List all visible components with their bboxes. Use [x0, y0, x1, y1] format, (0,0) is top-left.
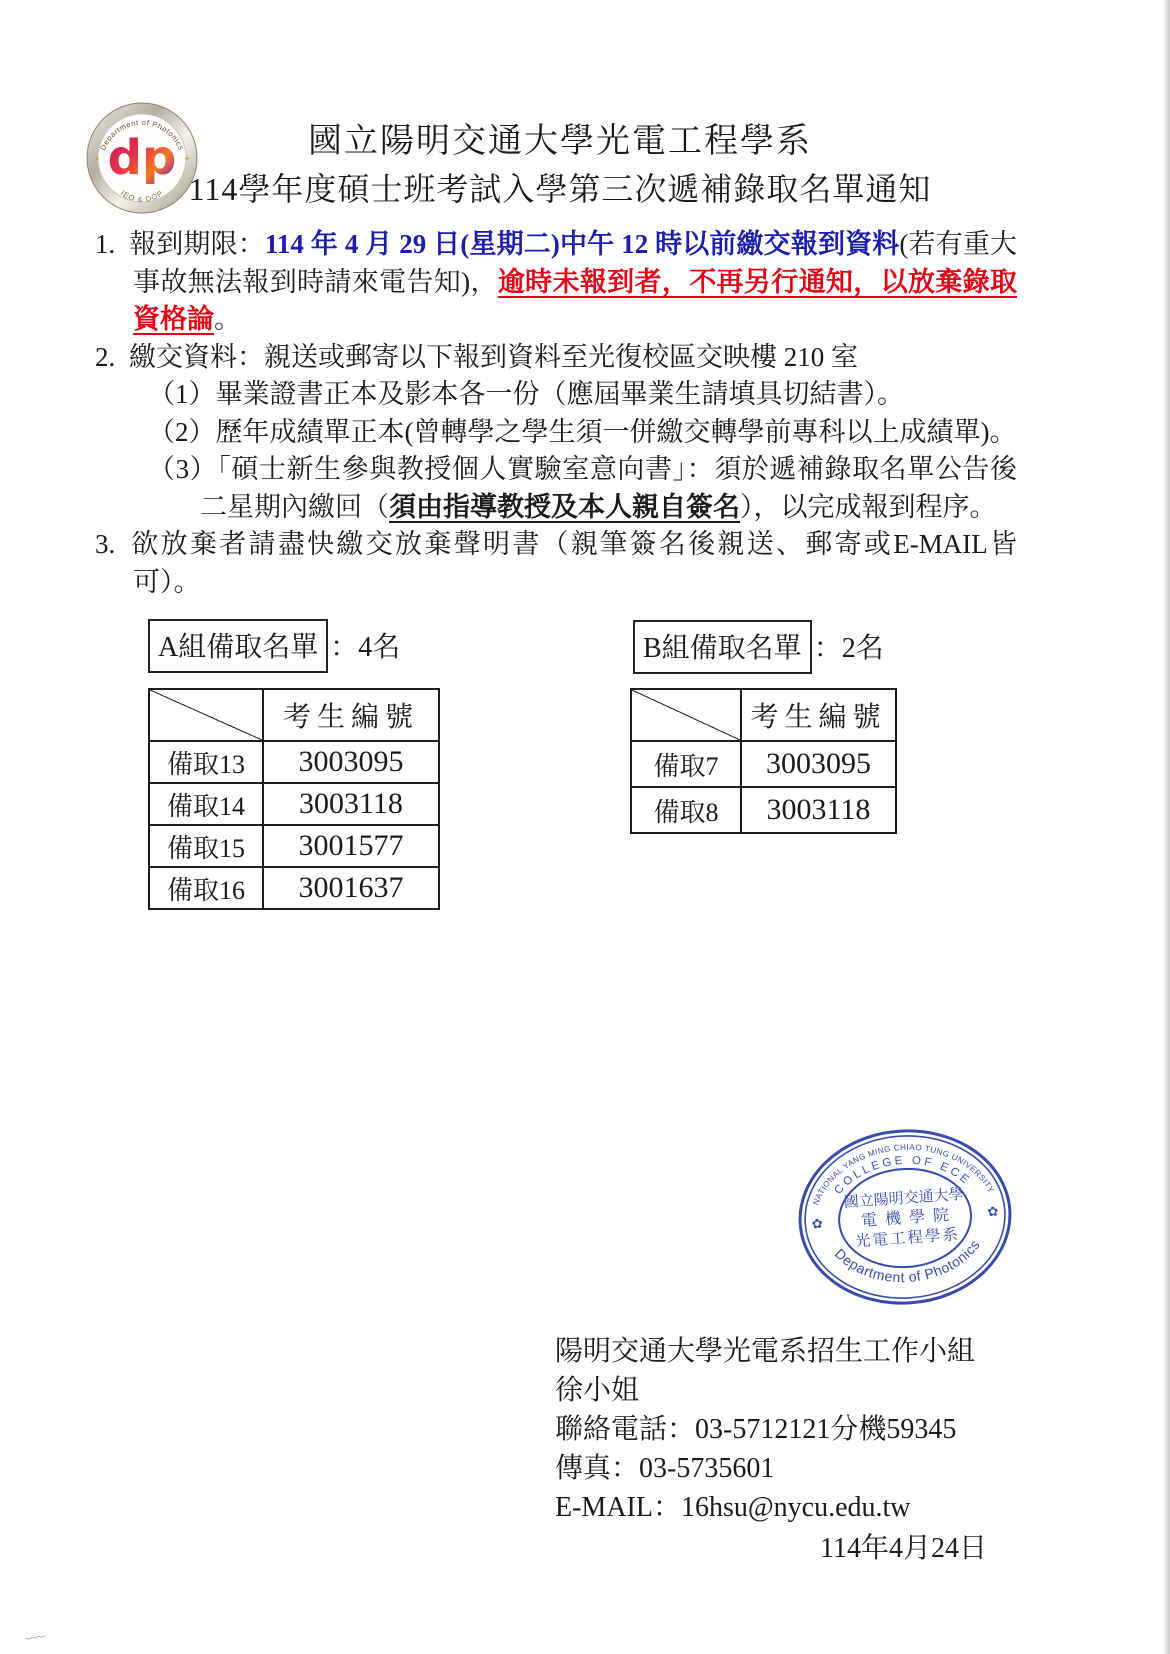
- group-a-count: ：4名: [328, 625, 400, 665]
- scan-edge-artifact: [1163, 0, 1170, 1654]
- group-a-waitlist-table: 考生編號 備取13 3003095 備取14 3003118 備取15 3001…: [148, 688, 440, 910]
- group-b-label-box: B組備取名單: [633, 620, 812, 674]
- candidate-id: 3003095: [263, 741, 439, 783]
- contact-fax: 傳真：03-5735601: [555, 1449, 987, 1488]
- stamp-flower-left-icon: ✿: [811, 1216, 823, 1232]
- item2-sub1: （1）畢業證書正本及影本各一份（應屆畢業生請填具切結書）。: [148, 376, 1017, 414]
- waitlist-rank: 備取7: [631, 741, 741, 787]
- stamp-college-cn: 電機學院: [861, 1205, 958, 1230]
- item-report-deadline: 1.報到期限：114 年 4 月 29 日(星期二)中午 12 時以前繳交報到資…: [95, 226, 1017, 339]
- table-b-header-row: 考生編號: [631, 689, 896, 741]
- title-line2: 114學年度碩士班考試入學第三次遞補錄取名單通知: [0, 166, 1120, 212]
- item2-sub3: （3）「碩士新生參與教授個人實驗室意向書」：須於遞補錄取名單公告後二星期內繳回（…: [148, 451, 1017, 526]
- table-row: 備取16 3001637: [149, 867, 439, 909]
- item1-period: 。: [214, 304, 241, 334]
- item1-label: 報到期限：: [129, 229, 265, 259]
- candidate-id: 3001577: [263, 825, 439, 867]
- candidate-id: 3003118: [741, 787, 896, 833]
- group-a-label-box: A組備取名單: [148, 619, 328, 673]
- group-b-waitlist-table: 考生編號 備取7 3003095 備取8 3003118: [630, 688, 897, 834]
- waitlist-rank: 備取15: [149, 825, 263, 867]
- contact-email: E-MAIL：16hsu@nycu.edu.tw: [555, 1488, 987, 1527]
- table-row: 備取8 3003118: [631, 787, 896, 833]
- group-a-label-row: A組備取名單：4名: [148, 619, 400, 673]
- document-date: 114年4月24日: [555, 1529, 987, 1568]
- scan-ink-artifact: ﹏: [22, 1613, 46, 1645]
- item2-sub3-signature-requirement: 須由指導教授及本人親自簽名: [389, 492, 740, 522]
- table-row: 備取15 3001577: [149, 825, 439, 867]
- waitlist-rank: 備取16: [149, 867, 263, 909]
- item2-sub2: （2）歷年成績單正本(曾轉學之學生須一併繳交轉學前專科以上成績單)。: [148, 414, 1017, 452]
- department-stamp: NATIONAL YANG MING CHIAO TUNG UNIVERSITY…: [790, 1122, 1020, 1312]
- stamp-flower-right-icon: ✿: [987, 1203, 999, 1219]
- notice-body: 1.報到期限：114 年 4 月 29 日(星期二)中午 12 時以前繳交報到資…: [95, 226, 1017, 601]
- table-row: 備取7 3003095: [631, 741, 896, 787]
- item-waiver: 3.欲放棄者請盡快繳交放棄聲明書（親筆簽名後親送、郵寄或E-MAIL皆可）。: [95, 526, 1017, 601]
- contact-phone: 聯絡電話：03-5712121分機59345: [555, 1410, 987, 1449]
- item2-sub3-after: ），以完成報到程序。: [740, 492, 997, 522]
- table-a-diagonal-cell: [149, 689, 263, 741]
- item3-text: 欲放棄者請盡快繳交放棄聲明書（親筆簽名後親送、郵寄或E-MAIL皆可）。: [129, 529, 1017, 597]
- stamp-graphic: NATIONAL YANG MING CHIAO TUNG UNIVERSITY…: [790, 1122, 1020, 1312]
- table-row: 備取14 3003118: [149, 783, 439, 825]
- item1-number: 1.: [95, 226, 129, 264]
- candidate-id: 3003095: [741, 741, 896, 787]
- candidate-id: 3001637: [263, 867, 439, 909]
- contact-block: 陽明交通大學光電系招生工作小組 徐小姐 聯絡電話：03-5712121分機593…: [555, 1332, 987, 1568]
- item-submit-materials: 2.繳交資料：親送或郵寄以下報到資料至光復校區交映樓 210 室 （1）畢業證書…: [95, 339, 1017, 527]
- item2-intro: 繳交資料：親送或郵寄以下報到資料至光復校區交映樓 210 室: [129, 342, 858, 372]
- contact-team: 陽明交通大學光電系招生工作小組 徐小姐: [555, 1332, 987, 1410]
- group-b-label-row: B組備取名單：2名: [633, 620, 884, 674]
- item3-number: 3.: [95, 526, 129, 564]
- table-a-col-header: 考生編號: [263, 689, 439, 741]
- item1-deadline-text: 114 年 4 月 29 日(星期二)中午 12 時以前繳交報到資料: [265, 229, 900, 259]
- table-a-header-row: 考生編號: [149, 689, 439, 741]
- table-row: 備取13 3003095: [149, 741, 439, 783]
- candidate-id: 3003118: [263, 783, 439, 825]
- group-b-count: ：2名: [812, 626, 884, 666]
- item2-number: 2.: [95, 339, 129, 377]
- document-title: 國立陽明交通大學光電工程學系 114學年度碩士班考試入學第三次遞補錄取名單通知: [0, 118, 1120, 212]
- waitlist-rank: 備取8: [631, 787, 741, 833]
- table-b-diagonal-cell: [631, 689, 741, 741]
- document-page: ﹏ Department of Photonics: [0, 0, 1170, 1654]
- table-b-col-header: 考生編號: [741, 689, 896, 741]
- title-line1: 國立陽明交通大學光電工程學系: [0, 118, 1120, 166]
- waitlist-rank: 備取14: [149, 783, 263, 825]
- item2-sublist: （1）畢業證書正本及影本各一份（應屆畢業生請填具切結書）。 （2）歷年成績單正本…: [148, 376, 1017, 526]
- waitlist-rank: 備取13: [149, 741, 263, 783]
